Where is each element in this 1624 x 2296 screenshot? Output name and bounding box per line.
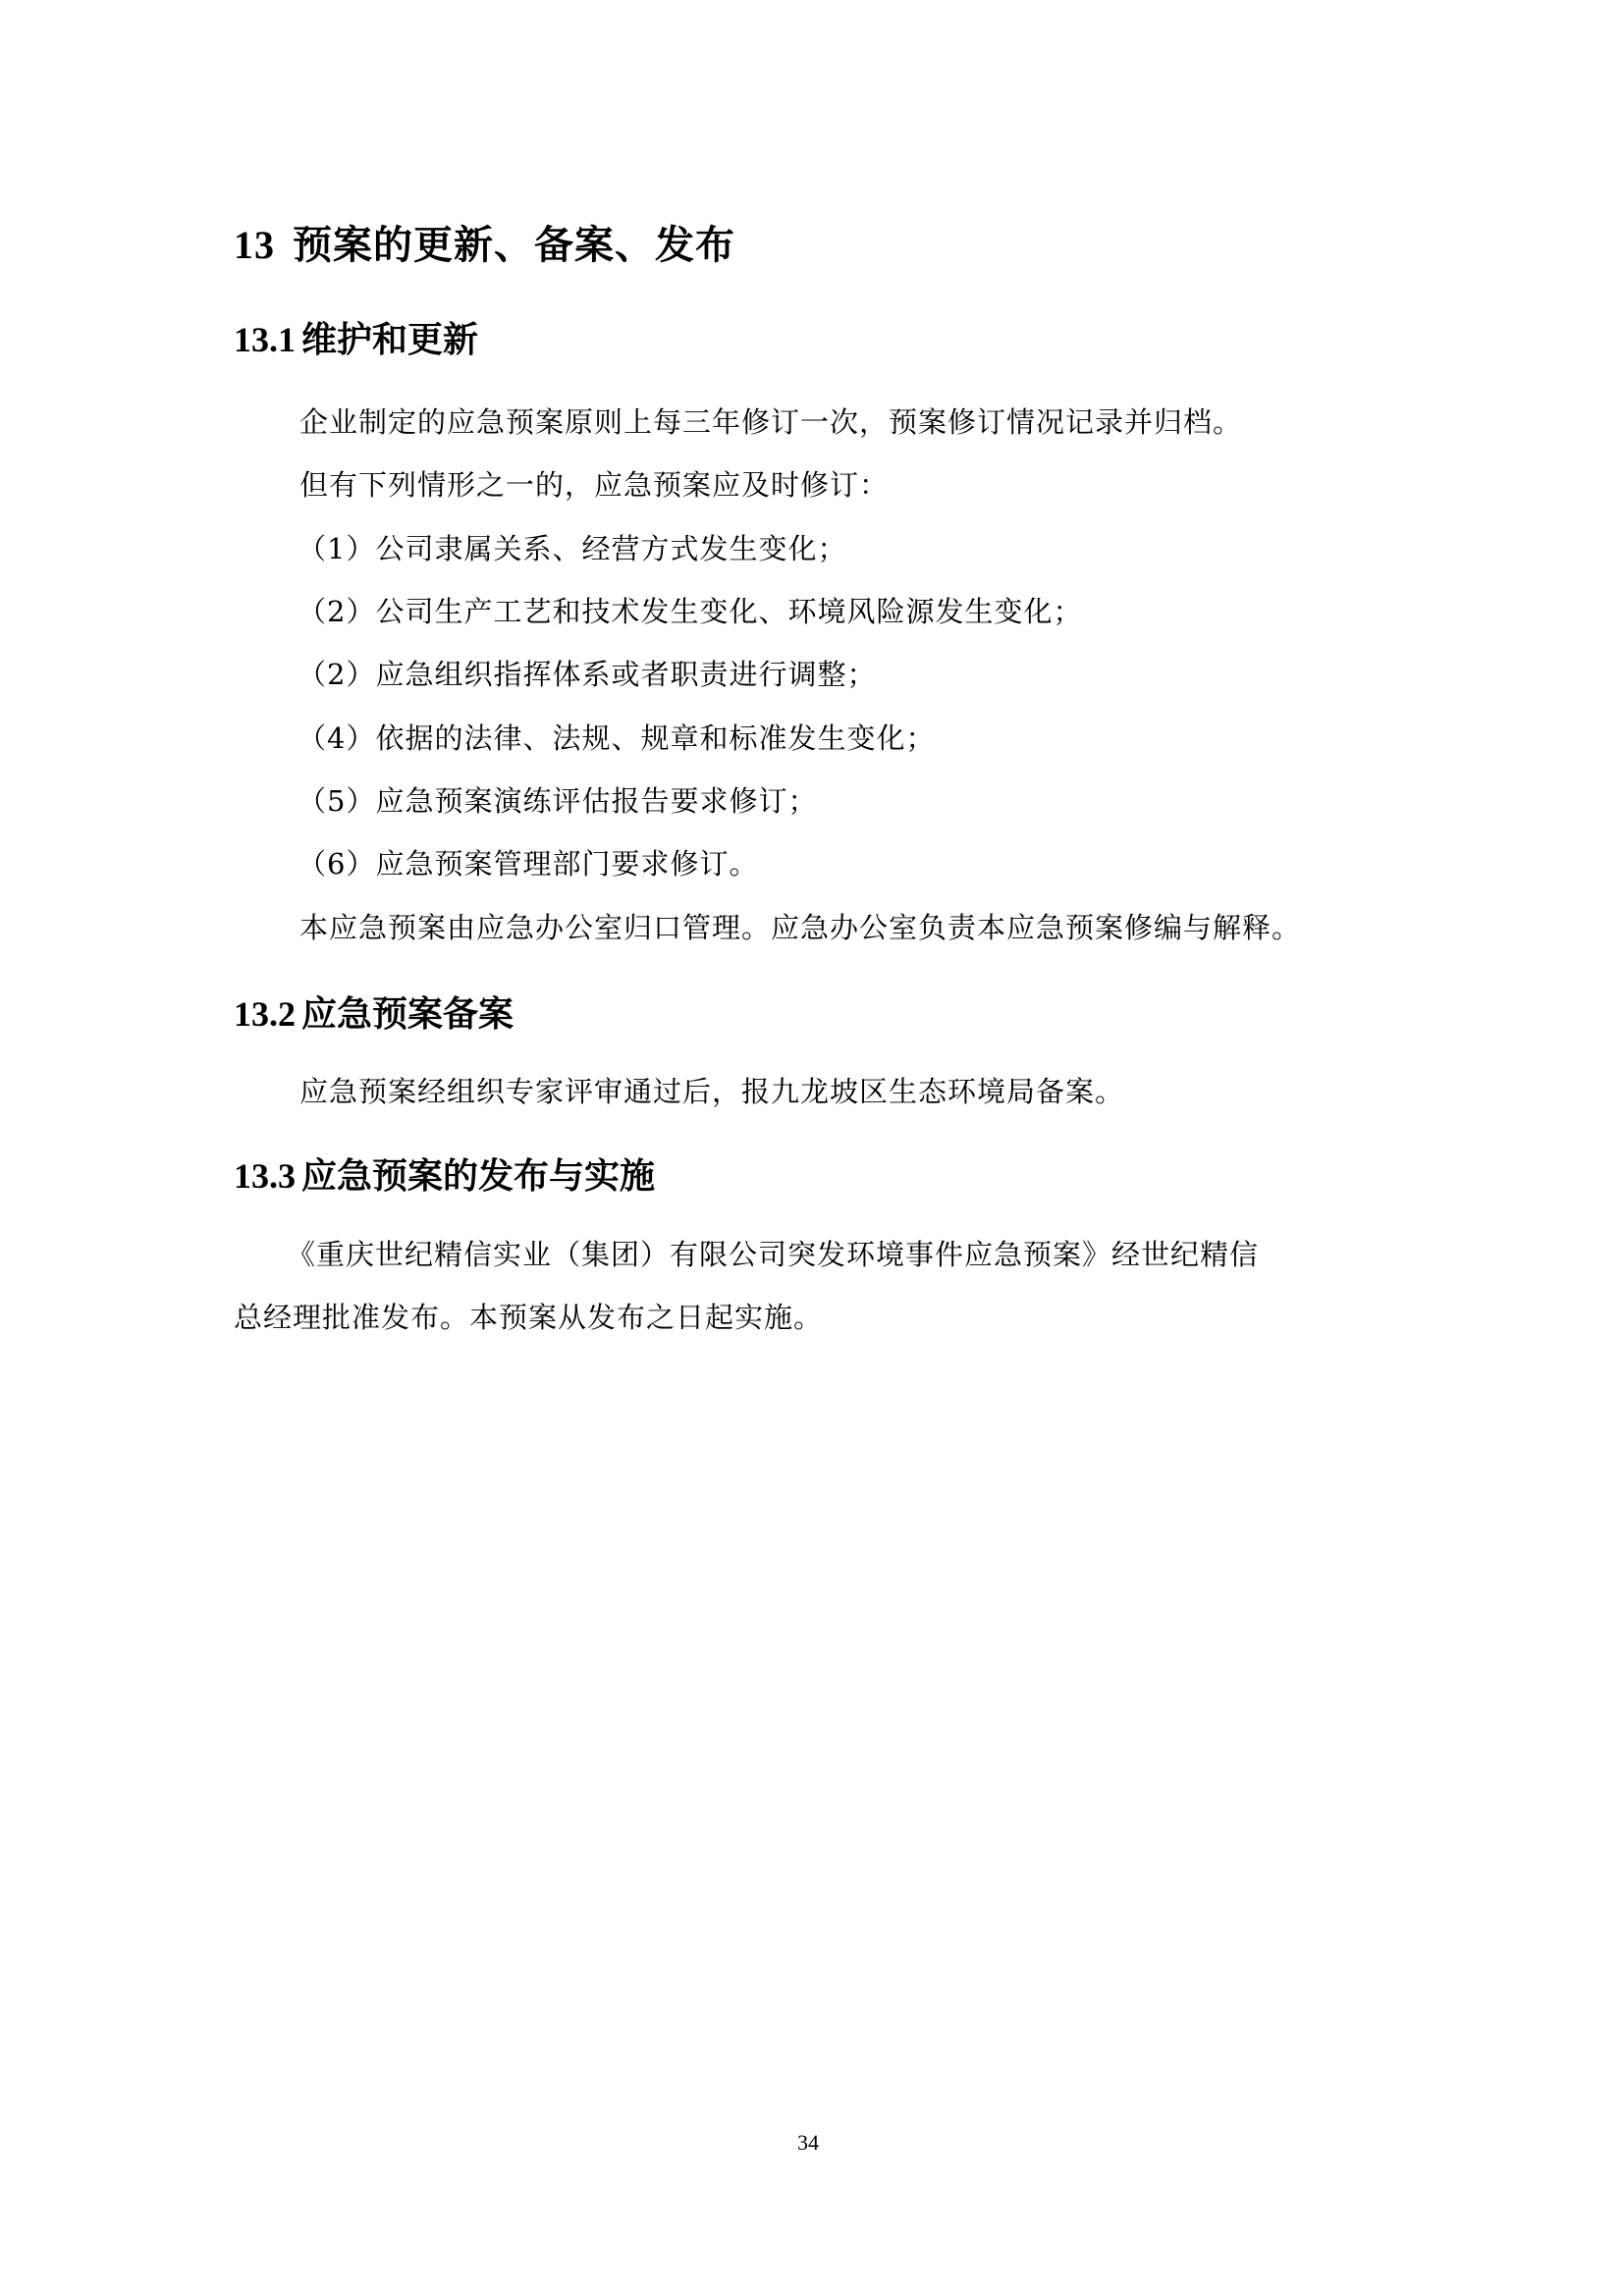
list-item: （4）依据的法律、法规、规章和标准发生变化； bbox=[298, 719, 935, 758]
section-title: 应急预案的发布与实施 bbox=[301, 1155, 655, 1197]
paragraph: 应急预案经组织专家评审通过后，报九龙坡区生态环境局备案。 bbox=[299, 1072, 1124, 1111]
section-heading-13-2: 13.2应急预案备案 bbox=[234, 987, 514, 1037]
list-item: （5）应急预案演练评估报告要求修订； bbox=[298, 781, 817, 821]
list-item: （2）应急组织指挥体系或者职责进行调整； bbox=[298, 655, 876, 694]
section-number: 13.2 bbox=[234, 994, 296, 1034]
document-page: 13预案的更新、备案、发布 13.1维护和更新 企业制定的应急预案原则上每三年修… bbox=[0, 0, 1624, 2296]
list-item: （2）公司生产工艺和技术发生变化、环境风险源发生变化； bbox=[298, 592, 1082, 631]
chapter-title: 预案的更新、备案、发布 bbox=[293, 222, 735, 268]
chapter-heading: 13预案的更新、备案、发布 bbox=[234, 214, 735, 270]
section-heading-13-1: 13.1维护和更新 bbox=[234, 312, 478, 362]
page-number: 34 bbox=[797, 2130, 819, 2156]
section-number: 13.1 bbox=[234, 320, 296, 359]
list-item: （1）公司隶属关系、经营方式发生变化； bbox=[298, 529, 846, 568]
paragraph: 本应急预案由应急办公室归口管理。应急办公室负责本应急预案修编与解释。 bbox=[299, 908, 1301, 947]
paragraph: 《重庆世纪精信实业（集团）有限公司突发环境事件应急预案》经世纪精信 bbox=[287, 1235, 1259, 1274]
section-title: 应急预案备案 bbox=[301, 993, 514, 1035]
paragraph: 总经理批准发布。本预案从发布之日起实施。 bbox=[234, 1298, 823, 1337]
chapter-number: 13 bbox=[234, 223, 275, 267]
paragraph: 但有下列情形之一的，应急预案应及时修订： bbox=[299, 465, 889, 505]
section-heading-13-3: 13.3应急预案的发布与实施 bbox=[234, 1148, 655, 1199]
paragraph: 企业制定的应急预案原则上每三年修订一次，预案修订情况记录并归档。 bbox=[299, 402, 1242, 442]
list-item: （6）应急预案管理部门要求修订。 bbox=[298, 844, 758, 883]
section-title: 维护和更新 bbox=[301, 319, 478, 360]
section-number: 13.3 bbox=[234, 1156, 296, 1196]
